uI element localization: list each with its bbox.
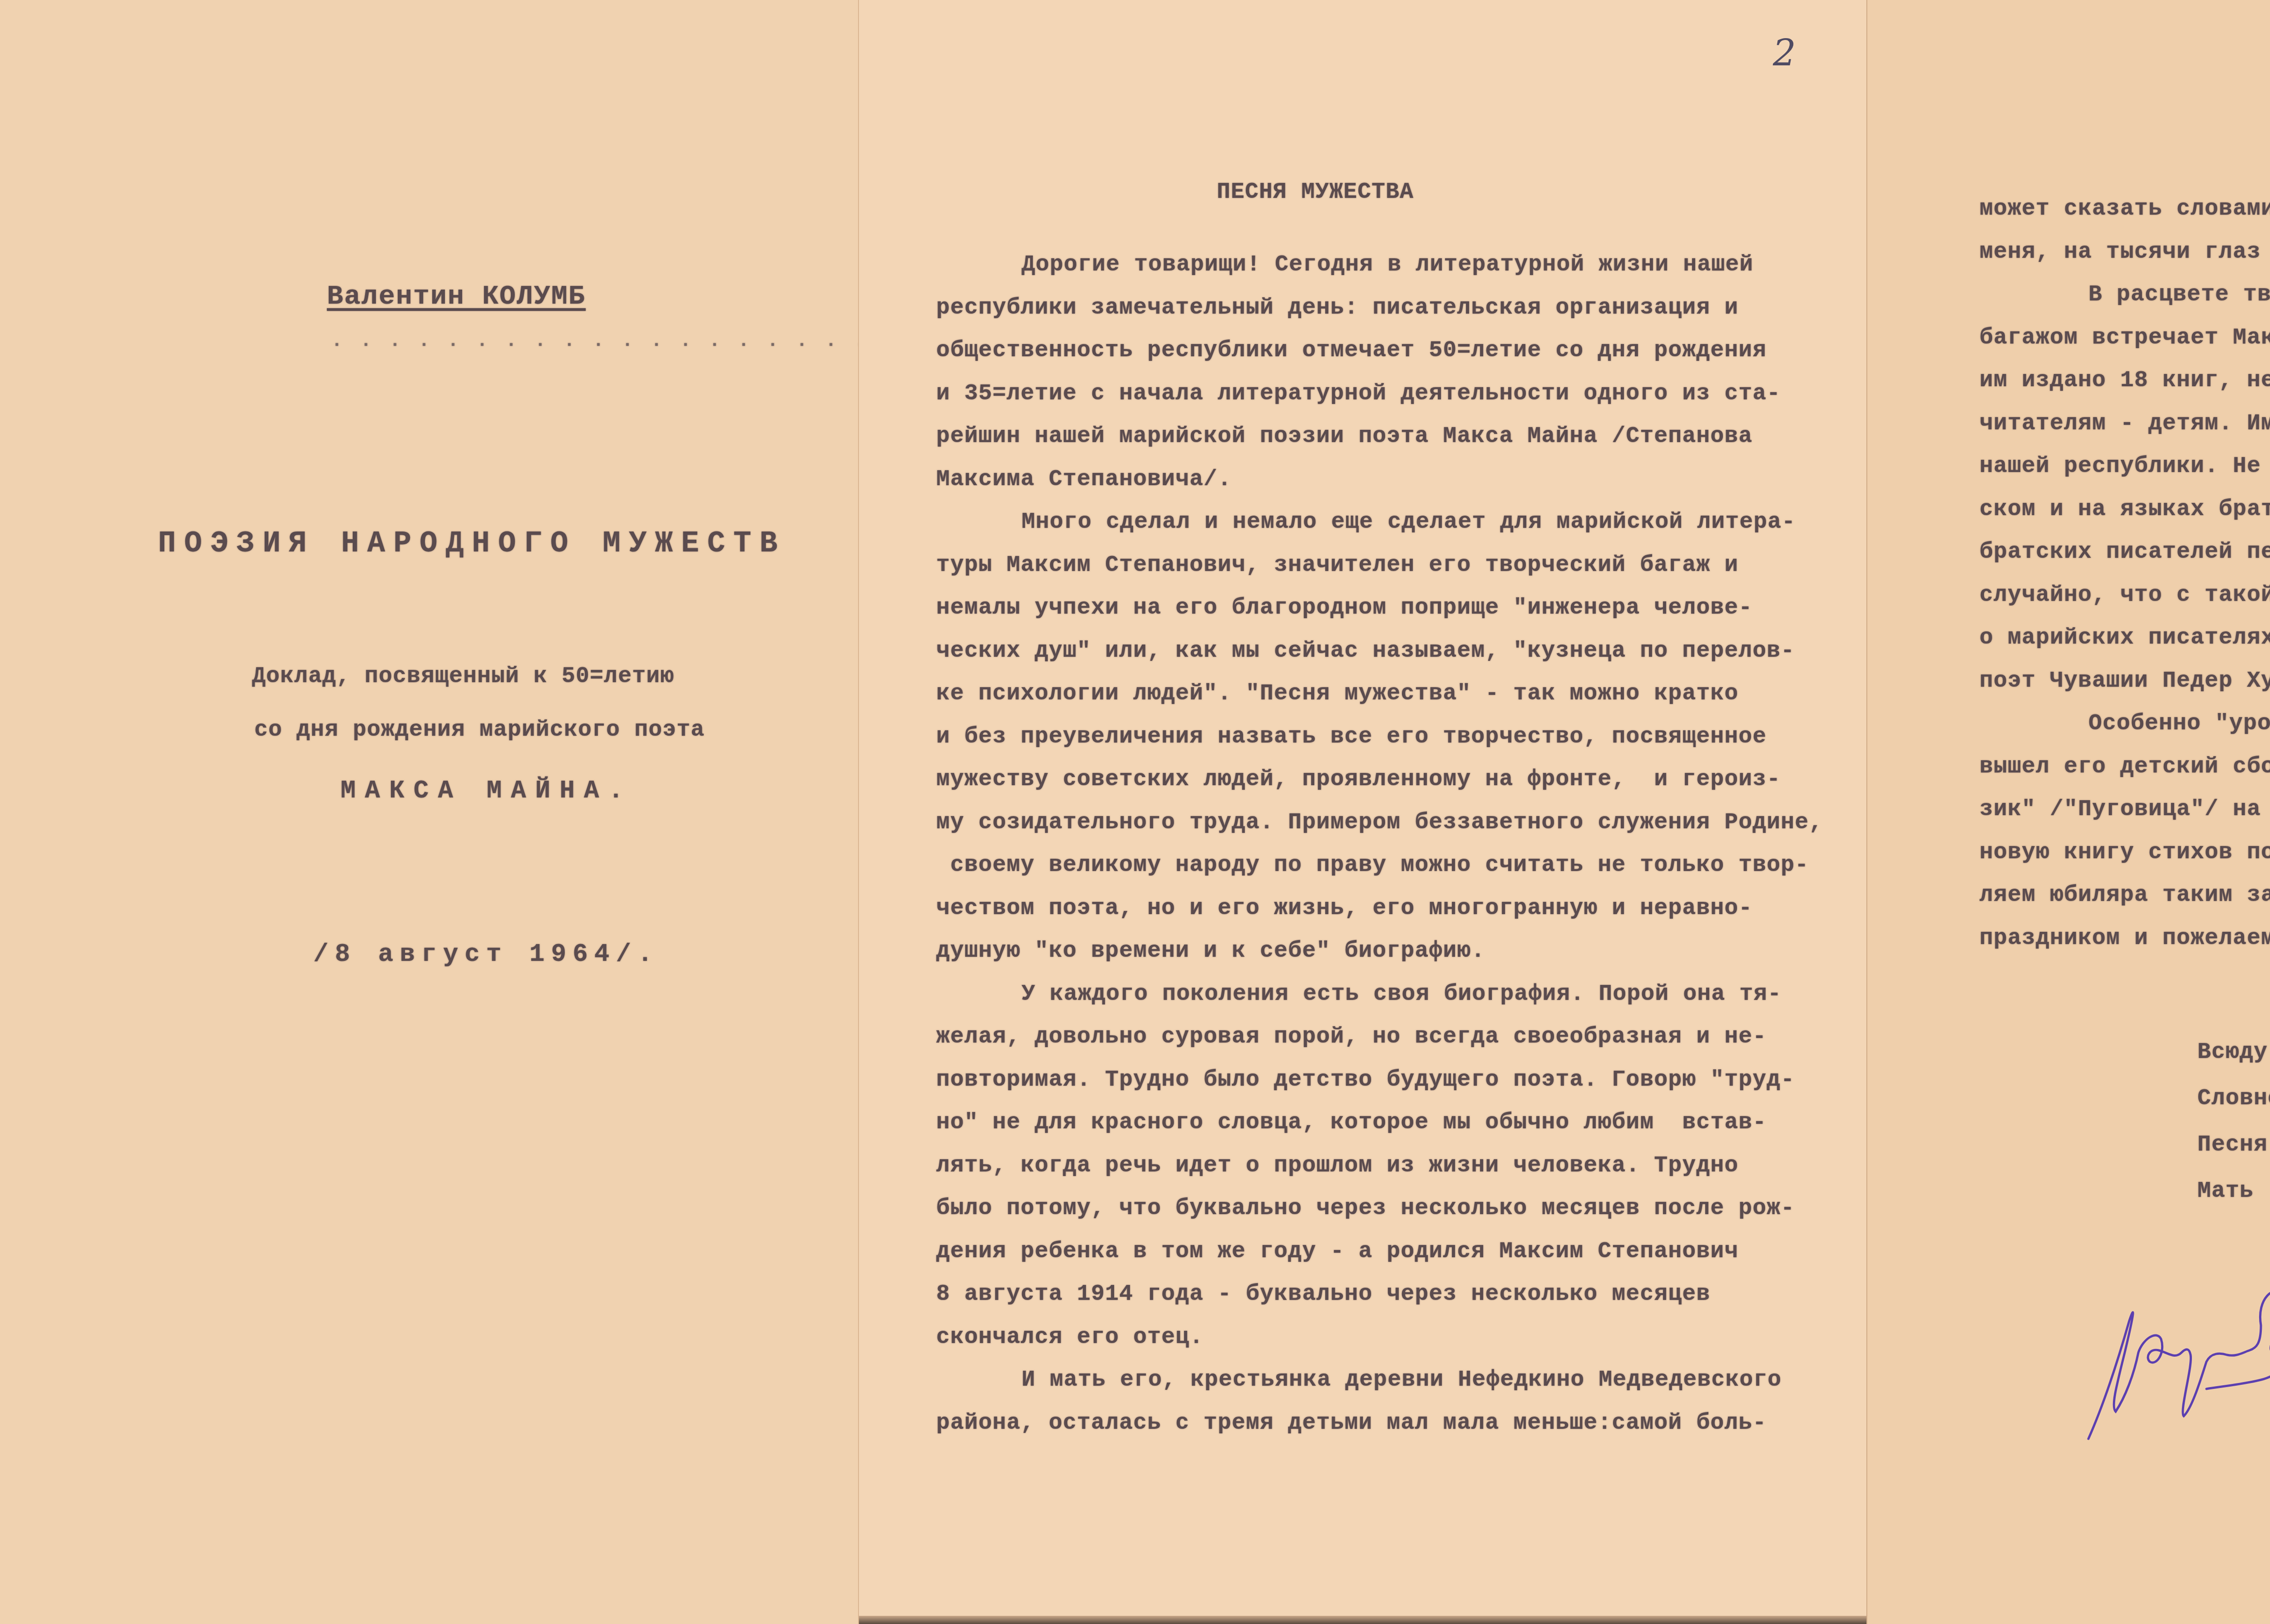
- text-line: братских писателей переводил на марийски…: [1979, 539, 2270, 565]
- text-line: дения ребенка в том же году - а родился …: [936, 1239, 1738, 1265]
- text-line: нашей республики. Не одно его произведен…: [1979, 453, 2270, 479]
- text-line: и 35=летие с начала литературной деятель…: [936, 381, 1781, 407]
- text-line: туры Максим Степанович, значителен его т…: [936, 552, 1738, 578]
- text-line: вышел его детский сборник "Кто подмел дв…: [1979, 754, 2270, 780]
- text-line: чеством поэта, но и его жизнь, его много…: [936, 896, 1752, 921]
- text-line: новую книгу стихов поэта "Голос земли". …: [1979, 840, 2270, 866]
- poem-line: Песня рвется из сердца - так радостно жи…: [2197, 1132, 2270, 1158]
- text-line: желая, довольно суровая порой, но всегда…: [936, 1024, 1767, 1050]
- document-title: ПОЭЗИЯ НАРОДНОГО МУЖЕСТВ: [158, 527, 786, 561]
- text-line: мужеству советских людей, проявленному н…: [936, 767, 1781, 792]
- text-line: республики замечательный день: писательс…: [936, 295, 1738, 321]
- poet-name: МАКСА МАЙНА.: [340, 776, 632, 805]
- text-line: лять, когда речь идет о прошлом из жизни…: [936, 1153, 1738, 1179]
- poem-line: Всюду слышу земли нашей голос живой.: [2197, 1039, 2270, 1065]
- text-line: И мать его, крестьянка деревни Нефедкино…: [1021, 1367, 1781, 1393]
- text-line: Много сделал и немало еще сделает для ма…: [1021, 509, 1796, 535]
- text-line: было потому, что буквально через несколь…: [936, 1196, 1795, 1221]
- text-line: му созидательного труда. Примером беззав…: [936, 810, 1823, 836]
- text-line: У каждого поколения есть своя биография.…: [1021, 981, 1781, 1007]
- text-line: зик" /"Пуговица"/ на украинском, а Маркн…: [1979, 797, 2270, 822]
- text-line: праздником и пожелаем, чтоб сбылись его …: [1979, 925, 2270, 951]
- text-line: может сказать словами Маяковского: "На с…: [1979, 196, 2270, 222]
- page-edge: [859, 1616, 1866, 1624]
- text-line: 8 августа 1914 года - буквально через не…: [936, 1281, 1710, 1307]
- text-line: ляем юбиляра таким заслуженным успехом, …: [1979, 882, 2270, 908]
- text-line: ческих душ" или, как мы сейчас называем,…: [936, 638, 1795, 664]
- text-line: багажом встречает Максим Степанович свой…: [1979, 325, 2270, 351]
- handwritten-page-number: 2: [1773, 32, 1796, 74]
- speech-title: ПЕСНЯ МУЖЕСТВА: [1217, 179, 1414, 205]
- text-line: Особенно "урожаен" для поэта нынешний го…: [2088, 711, 2270, 737]
- text-line: общественность республики отмечает 50=ле…: [936, 338, 1767, 364]
- text-line: и без преувеличения назвать все его твор…: [936, 724, 1767, 750]
- text-line: душную "ко времени и к себе" биографию.: [936, 938, 1485, 964]
- poem-line: Словно крылья растут у меня за спиной.: [2197, 1086, 2270, 1112]
- text-line: скончался его отец.: [936, 1324, 1204, 1350]
- text-line: случайно, что с такой признательности и …: [1979, 582, 2270, 608]
- text-line: но" не для красного словца, которое мы о…: [936, 1110, 1767, 1136]
- text-line: Дорогие товарищи! Сегодня в литературной…: [1021, 252, 1753, 278]
- author-name: Валентин КОЛУМБ: [327, 281, 586, 312]
- title-page: Валентин КОЛУМБ . . . . . . . . . . . . …: [0, 0, 858, 1624]
- subtitle-line-1: Доклад, посвященный к 50=летию: [252, 664, 674, 689]
- text-line: читателям - детям. Имя Макса Майна извес…: [1979, 411, 2270, 437]
- text-line: о марийских писателях, в том числе и о М…: [1979, 625, 2270, 651]
- text-line: меня, на тысячи глаз молодежи".: [1979, 239, 2270, 265]
- text-line: района, осталась с тремя детьми мал мала…: [936, 1410, 1767, 1436]
- text-line: рейшин нашей марийской поэзии поэта Макс…: [936, 423, 1752, 449]
- text-line: Максима Степановича/.: [936, 467, 1232, 492]
- subtitle-line-2: со дня рождения марийского поэта: [254, 717, 705, 743]
- text-line: ском и на языках братских республик. Нем…: [1979, 497, 2270, 522]
- handwritten-signature: [2070, 1262, 2270, 1452]
- report-date: /8 август 1964/.: [313, 940, 659, 969]
- text-line: В расцвете творческих сил и с немалым по…: [2088, 282, 2270, 308]
- text-line: ке психологии людей". "Песня мужества" -…: [936, 681, 1738, 707]
- poem-line: Мать - земля! Буду вечно тебе я служить.: [2197, 1178, 2270, 1204]
- text-line: своему великому народу по праву можно сч…: [936, 852, 1809, 878]
- text-line: им издано 18 книг, некоторые из них посв…: [1979, 368, 2270, 394]
- text-line: поэт Чувашии Педер Хузангай: /выдержка и…: [1979, 668, 2270, 694]
- text-line: повторимая. Трудно было детство будущего…: [936, 1067, 1795, 1093]
- dotted-separator: . . . . . . . . . . . . . . . . . . .: [331, 331, 869, 352]
- text-line: немалы учпехи на его благородном поприще…: [936, 595, 1752, 621]
